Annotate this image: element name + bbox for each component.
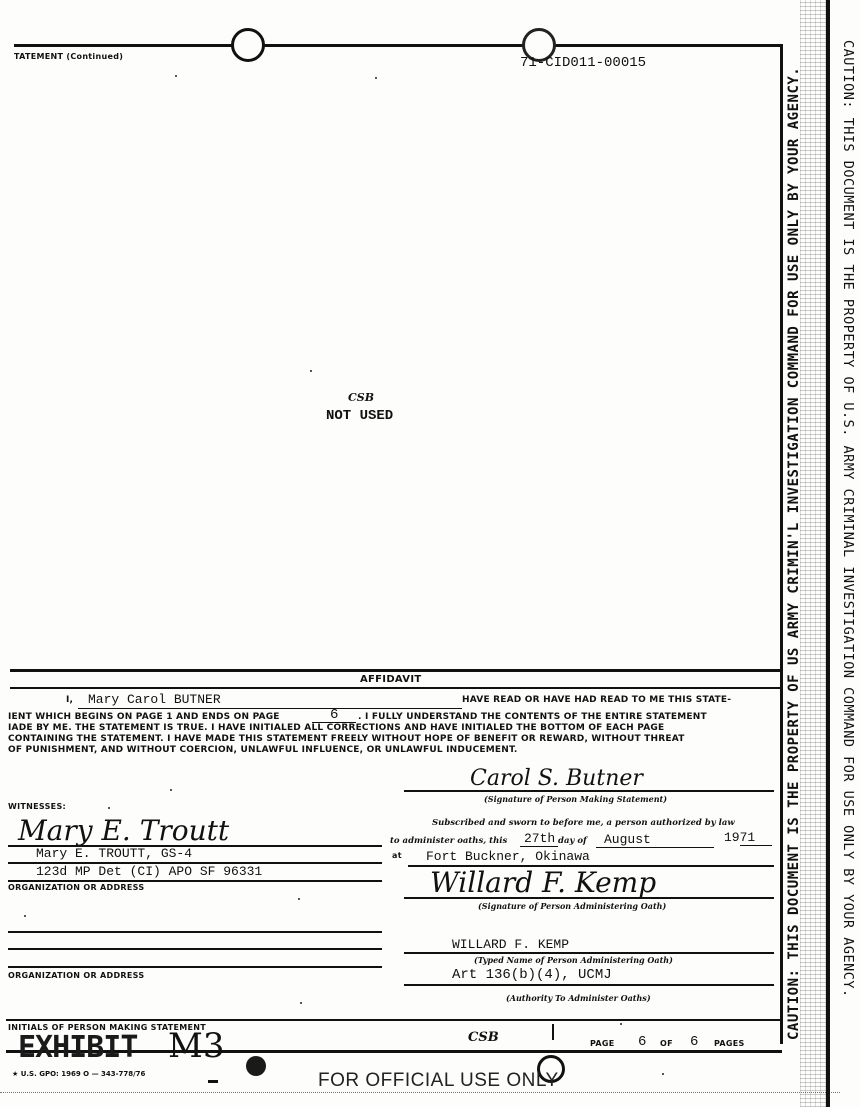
punch-hole-left <box>231 28 265 62</box>
right-border-rule <box>780 44 783 1044</box>
page-label: PAGE <box>590 1039 615 1048</box>
affidavit-heading: AFFIDAVIT <box>360 674 421 685</box>
admin-signature-caption: (Signature of Person Administering Oath) <box>478 901 666 911</box>
form-title: TATEMENT (Continued) <box>14 52 123 61</box>
oath-day: 27th <box>524 831 555 846</box>
caution-strip-divider <box>826 0 830 1107</box>
affidavit-intro-prefix: I, <box>66 694 73 706</box>
scan-speck <box>375 77 377 79</box>
declarant-name-underline <box>78 708 462 709</box>
authority: Art 136(b)(4), UCMJ <box>452 967 612 983</box>
caution-strip-outer: CAUTION: THIS DOCUMENT IS THE PROPERTY O… <box>840 40 856 998</box>
scan-speck <box>310 370 312 372</box>
scan-speck <box>300 1002 302 1004</box>
affidavit-heading-rule <box>10 687 780 689</box>
witness-1-org-line <box>8 880 382 882</box>
case-number: 71-CID011-00015 <box>520 55 646 71</box>
scan-speck <box>662 1073 664 1075</box>
of-label: OF <box>660 1039 673 1048</box>
page-number: 6 <box>638 1034 646 1050</box>
witness-2-signature-line <box>8 931 382 933</box>
oath-at-label: at <box>392 851 402 860</box>
pages-label: PAGES <box>714 1039 745 1048</box>
oath-year: 1971 <box>724 830 755 845</box>
seal-icon <box>246 1056 266 1076</box>
footer-top-rule <box>6 1019 782 1021</box>
oath-day-suffix: day of <box>558 836 587 846</box>
oath-month-underline <box>596 847 714 848</box>
initials-mark: CSB <box>348 391 374 404</box>
authority-caption: (Authority To Administer Oaths) <box>506 993 651 1003</box>
declarant-signature-caption: (Signature of Person Making Statement) <box>484 794 667 804</box>
admin-typed-name-line <box>404 952 774 954</box>
admin-signature: Willard F. Kemp <box>430 866 656 899</box>
authority-line <box>404 984 774 986</box>
not-used-note: NOT USED <box>326 408 393 424</box>
dash-mark <box>208 1080 218 1083</box>
oath-line-1: Subscribed and sworn to before me, a per… <box>432 818 735 828</box>
witness-2-org-line <box>8 966 382 968</box>
scan-speck <box>620 1023 622 1025</box>
affidavit-end-page: 6 <box>330 707 338 723</box>
admin-signature-line <box>404 897 774 899</box>
scan-speck <box>108 807 110 809</box>
witnesses-label: WITNESSES: <box>8 802 66 811</box>
oath-line-2-prefix: to administer oaths, this <box>390 836 507 846</box>
witness-1-org-caption: ORGANIZATION OR ADDRESS <box>8 883 144 892</box>
footer-initials: CSB <box>468 1030 499 1045</box>
affidavit-top-rule <box>10 669 780 672</box>
oath-day-underline <box>520 846 558 847</box>
admin-typed-name: WILLARD F. KEMP <box>452 937 569 952</box>
scan-speck <box>175 75 177 77</box>
declarant-name: Mary Carol BUTNER <box>88 692 221 707</box>
top-border-rule <box>14 44 782 47</box>
witness-1-signature: Mary E. Troutt <box>18 814 229 847</box>
scan-speck <box>24 915 26 917</box>
affidavit-intro-suffix: HAVE READ OR HAVE HAD READ TO ME THIS ST… <box>462 694 731 706</box>
oath-year-underline <box>740 845 772 846</box>
official-use-banner: FOR OFFICIAL USE ONLY <box>318 1070 559 1092</box>
witness-2-org-caption: ORGANIZATION OR ADDRESS <box>8 971 144 980</box>
declarant-signature-line <box>404 790 774 792</box>
scan-speck <box>298 898 300 900</box>
witness-1-typed-name: Mary E. TROUTT, GS-4 <box>36 846 192 861</box>
affidavit-line-5: OF PUNISHMENT, AND WITHOUT COERCION, UNL… <box>8 744 518 756</box>
witness-1-organization: 123d MP Det (CI) APO SF 96331 <box>36 864 262 879</box>
caution-strip-inner: CAUTION: THIS DOCUMENT IS THE PROPERTY O… <box>786 67 802 1040</box>
gpo-line: ★ U.S. GPO: 1969 O — 343-778/76 <box>12 1070 145 1078</box>
bottom-dotted-line <box>0 1092 840 1094</box>
scan-speck <box>170 789 172 791</box>
witness-2-name-line <box>8 948 382 950</box>
total-pages: 6 <box>690 1034 698 1050</box>
oath-month: August <box>604 832 651 847</box>
exhibit-id: M3 <box>168 1026 224 1066</box>
exhibit-stamp: EXHIBIT <box>18 1030 137 1065</box>
declarant-signature: Carol S. Butner <box>470 766 643 791</box>
oath-location: Fort Buckner, Okinawa <box>426 849 590 864</box>
admin-typed-caption: (Typed Name of Person Administering Oath… <box>474 955 673 965</box>
footer-page-divider <box>552 1024 554 1040</box>
